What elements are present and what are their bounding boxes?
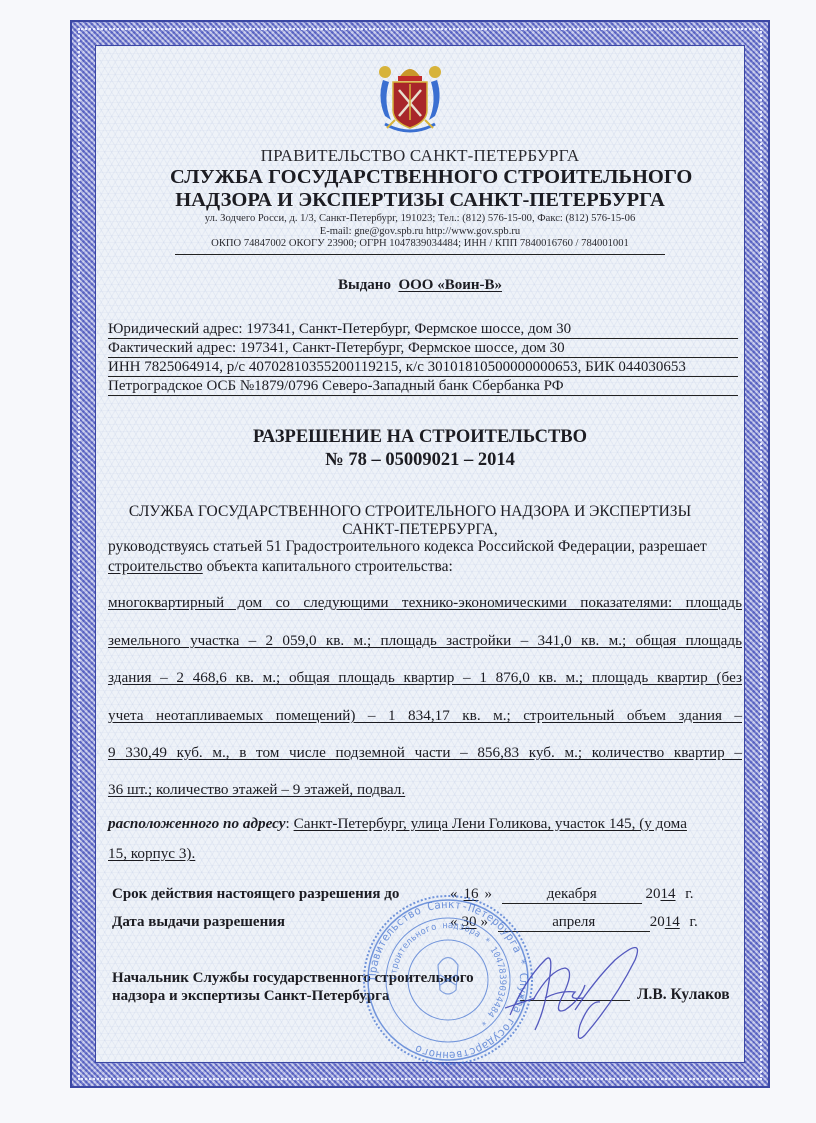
signatory-title: Начальник Службы государственного строит… (112, 969, 474, 1005)
description-line: здания – 2 468,6 кв. м.; общая площадь к… (108, 669, 742, 687)
signature-line (520, 1000, 630, 1001)
issue-month: апреля (498, 914, 650, 932)
description-line: многоквартирный дом со следующими техник… (108, 594, 742, 612)
issued-to: Выдано ООО «Воин-В» (100, 277, 740, 294)
validity-month: декабря (502, 886, 642, 904)
permitted-action: строительство объекта капитального строи… (108, 557, 748, 576)
permit-number: № 78 – 05009021 – 2014 (100, 450, 740, 471)
issue-year-suffix: 14 (665, 914, 686, 930)
validity-day: 16 (458, 886, 485, 902)
signatory-name: Л.В. Кулаков (637, 986, 730, 1004)
validity-year-unit: г. (685, 886, 693, 902)
description-line: учета неотапливаемых помещений) – 1 834,… (108, 707, 742, 725)
issued-label: Выдано (338, 277, 391, 293)
government-name: ПРАВИТЕЛЬСТВО САНКТ-ПЕТЕРБУРГА (170, 146, 670, 166)
location-line-2: 15, корпус 3). (108, 845, 742, 863)
legal-basis: руководствуясь статьей 51 Градостроитель… (108, 537, 748, 556)
service-contacts: ул. Зодчего Росси, д. 1/3, Санкт-Петербу… (170, 213, 670, 251)
service-email-website: E-mail: gne@gov.spb.ru http://www.gov.sp… (170, 226, 670, 239)
coat-of-arms-icon (375, 58, 445, 136)
actual-address: Фактический адрес: 197341, Санкт-Петербу… (108, 339, 738, 358)
service-name-line-1: СЛУЖБА ГОСУДАРСТВЕННОГО СТРОИТЕЛЬНОГО (170, 166, 670, 189)
header-divider (175, 254, 665, 255)
description-line: 9 330,49 куб. м., в том числе подземной … (108, 744, 742, 762)
permitted-action-type: строительство (108, 558, 203, 575)
issue-date: «30» апреля2014 г. (450, 914, 698, 932)
description-line: земельного участка – 2 059,0 кв. м.; пло… (108, 632, 742, 650)
issuing-authority-line-1: СЛУЖБА ГОСУДАРСТВЕННОГО СТРОИТЕЛЬНОГО НА… (90, 502, 730, 521)
service-address: ул. Зодчего Росси, д. 1/3, Санкт-Петербу… (170, 213, 670, 226)
permit-title: РАЗРЕШЕНИЕ НА СТРОИТЕЛЬСТВО (100, 427, 740, 448)
service-name-line-2: НАДЗОРА И ЭКСПЕРТИЗЫ САНКТ-ПЕТЕРБУРГА (170, 189, 670, 212)
issue-date-label: Дата выдачи разрешения (112, 914, 285, 931)
issue-year-prefix: 20 (650, 914, 665, 930)
validity-year-prefix: 20 (646, 886, 661, 902)
permitted-action-object: объекта капитального строительства: (203, 558, 453, 575)
service-registration-codes: ОКПО 74847002 ОКОГУ 23900; ОГРН 10478390… (170, 238, 670, 251)
issue-year-unit: г. (690, 914, 698, 930)
legal-address: Юридический адрес: 197341, Санкт-Петербу… (108, 320, 738, 339)
bank-branch: Петроградское ОСБ №1879/0796 Северо-Запа… (108, 377, 738, 396)
validity-label: Срок действия настоящего разрешения до (112, 886, 399, 903)
signatory-title-line-2: надзора и экспертизы Санкт-Петербурга (112, 987, 474, 1005)
location-address-cont: 15, корпус 3). (108, 845, 195, 862)
description-line: 36 шт.; количество этажей – 9 этажей, по… (108, 781, 405, 799)
validity-date: «16» декабря 2014 г. (450, 886, 693, 904)
company-details: Юридический адрес: 197341, Санкт-Петербу… (108, 320, 738, 396)
location-label: расположенного по адресу (108, 815, 286, 832)
issue-day: 30 (458, 914, 481, 930)
validity-year-suffix: 14 (661, 886, 682, 902)
location-line-1: расположенного по адресу: Санкт-Петербур… (108, 815, 742, 833)
issued-company: ООО «Воин-В» (398, 277, 502, 293)
bank-requisites: ИНН 7825064914, р/с 40702810355200119215… (108, 358, 738, 377)
signatory-title-line-1: Начальник Службы государственного строит… (112, 969, 474, 987)
location-address: Санкт-Петербург, улица Лени Голикова, уч… (294, 815, 687, 832)
